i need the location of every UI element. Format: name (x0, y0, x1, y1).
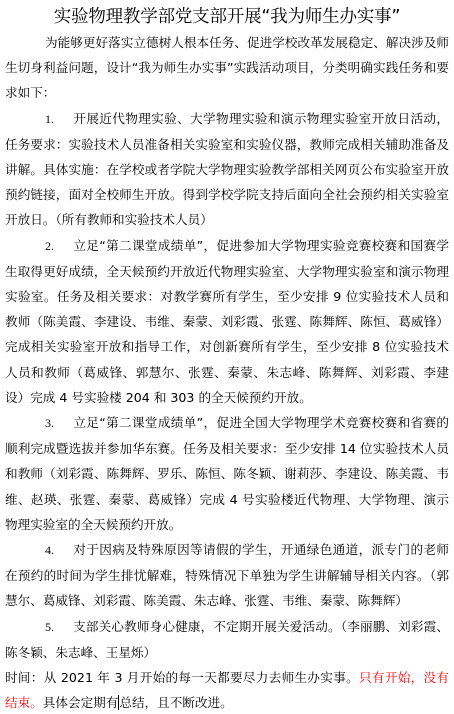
list-item-text: 立足“第二课堂成绩单”，促进参加大学物理实验竞赛校赛和国赛学生取得更好成绩，全天… (5, 238, 449, 405)
closing-time-text: 时间：从 2021 年 3 月开始的每一天都要尽力去师生办实事。 (5, 670, 359, 685)
list-item-3: 3.立足“第二课堂成绩单”，促进全国大学物理学术竞赛校赛和省赛的顺利完成暨选拔并… (5, 410, 449, 537)
closing-summary-text-a: 具体会定期有 (43, 695, 119, 710)
list-item-number: 4. (45, 538, 73, 563)
document-title: 实验物理教学部党支部开展“我为师生办实事” (5, 0, 449, 28)
list-item-number: 3. (45, 411, 73, 436)
list-item-1: 1.开展近代物理实验、大学物理实验和演示物理实验室开放日活动，任务要求：实验技术… (5, 106, 449, 233)
intro-paragraph: 为能够更好落实立德树人根本任务、促进学校改革发展稳定、解决涉及师生切身利益问题，… (5, 30, 449, 106)
list-item-5: 5.支部关心教师身心健康，不定期开展关爱活动。（李丽鹏、刘彩霞、陈冬颖、朱志峰、… (5, 614, 449, 665)
closing-paragraph: 时间：从 2021 年 3 月开始的每一天都要尽力去师生办实事。只有开始，没有结… (5, 665, 449, 714)
list-item-2: 2.立足“第二课堂成绩单”，促进参加大学物理实验竞赛校赛和国赛学生取得更好成绩，… (5, 233, 449, 410)
list-item-4: 4.对于因病及特殊原因等请假的学生，开通绿色通道，派专门的老师在预约的时间为学生… (5, 537, 449, 614)
document-page[interactable]: 实验物理教学部党支部开展“我为师生办实事” 为能够更好落实立德树人根本任务、促进… (0, 0, 454, 714)
list-item-number: 5. (45, 615, 73, 640)
list-item-number: 2. (45, 234, 73, 259)
closing-summary-text-b: 总结，且不断改进。 (119, 695, 232, 710)
list-item-number: 1. (45, 107, 73, 132)
